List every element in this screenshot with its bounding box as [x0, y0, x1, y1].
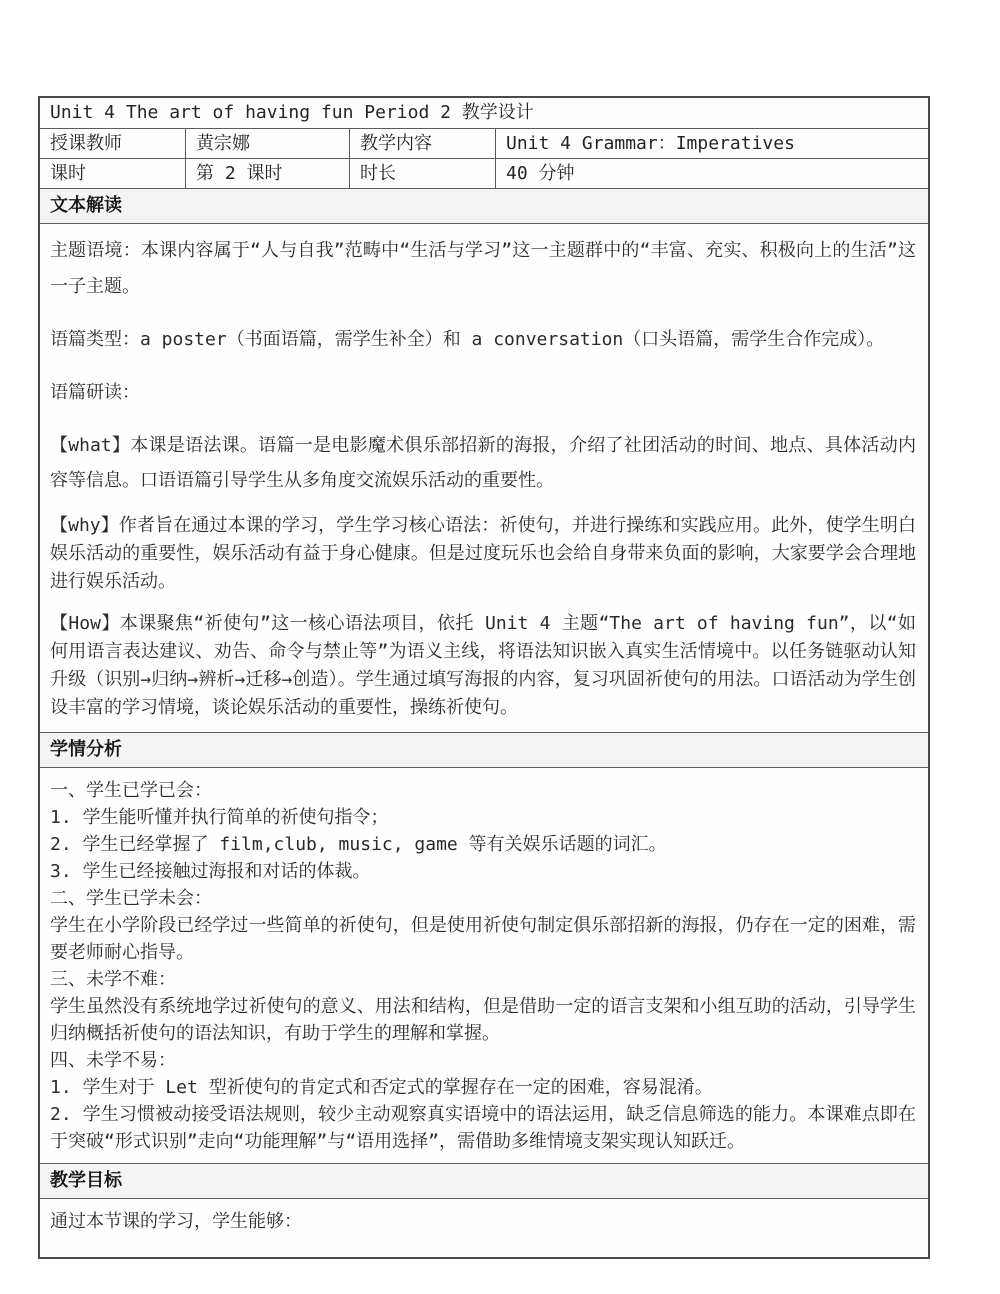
paragraph-text-type: 语篇类型：a poster（书面语篇，需学生补全）和 a conversatio…: [50, 322, 916, 358]
duration-value: 40 分钟: [495, 159, 928, 188]
paragraph-text-study: 语篇研读：: [50, 375, 916, 411]
teacher-label: 授课教师: [40, 129, 185, 158]
section-header-text-analysis: 文本解读: [40, 188, 928, 223]
goals-intro-line: 通过本节课的学习，学生能够：: [50, 1208, 916, 1235]
section-header-teaching-goals: 教学目标: [40, 1163, 928, 1198]
section-header-learner-analysis: 学情分析: [40, 732, 928, 767]
teacher-name: 黄宗娜: [185, 129, 349, 158]
analysis-line: 1. 学生对于 Let 型祈使句的肯定式和否定式的掌握存在一定的困难，容易混淆。: [50, 1074, 916, 1101]
info-row-period: 课时 第 2 课时 时长 40 分钟: [40, 158, 928, 188]
period-value: 第 2 课时: [185, 159, 349, 188]
analysis-line: 一、学生已学已会：: [50, 777, 916, 804]
paragraph-theme-context: 主题语境：本课内容属于“人与自我”范畴中“生活与学习”这一主题群中的“丰富、充实…: [50, 233, 916, 305]
content-value: Unit 4 Grammar：Imperatives: [495, 129, 928, 158]
analysis-line: 1. 学生能听懂并执行简单的祈使句指令；: [50, 804, 916, 831]
section-body-text-analysis: 主题语境：本课内容属于“人与自我”范畴中“生活与学习”这一主题群中的“丰富、充实…: [40, 223, 928, 732]
paragraph-what: 【what】本课是语法课。语篇一是电影魔术俱乐部招新的海报，介绍了社团活动的时间…: [50, 428, 916, 498]
analysis-line: 学生虽然没有系统地学过祈使句的意义、用法和结构，但是借助一定的语言支架和小组互助…: [50, 993, 916, 1047]
info-row-teacher: 授课教师 黄宗娜 教学内容 Unit 4 Grammar：Imperatives: [40, 128, 928, 158]
section-body-teaching-goals: 通过本节课的学习，学生能够：: [40, 1198, 928, 1257]
analysis-line: 2. 学生已经掌握了 film,club, music, game 等有关娱乐话…: [50, 831, 916, 858]
content-label: 教学内容: [349, 129, 495, 158]
duration-label: 时长: [349, 159, 495, 188]
analysis-line: 三、未学不难：: [50, 966, 916, 993]
paragraph-why: 【why】作者旨在通过本课的学习，学生学习核心语法：祈使句，并进行操练和实践应用…: [50, 512, 916, 596]
paragraph-how: 【How】本课聚焦“祈使句”这一核心语法项目，依托 Unit 4 主题“The …: [50, 610, 916, 722]
lesson-plan-table: Unit 4 The art of having fun Period 2 教学…: [38, 96, 930, 1259]
document-title: Unit 4 The art of having fun Period 2 教学…: [40, 98, 928, 128]
period-label: 课时: [40, 159, 185, 188]
section-body-learner-analysis: 一、学生已学已会： 1. 学生能听懂并执行简单的祈使句指令； 2. 学生已经掌握…: [40, 767, 928, 1163]
analysis-line: 四、未学不易：: [50, 1047, 916, 1074]
analysis-line: 2. 学生习惯被动接受语法规则，较少主动观察真实语境中的语法运用，缺乏信息筛选的…: [50, 1101, 916, 1155]
analysis-line: 学生在小学阶段已经学过一些简单的祈使句，但是使用祈使句制定俱乐部招新的海报，仍存…: [50, 912, 916, 966]
analysis-line: 二、学生已学未会：: [50, 885, 916, 912]
analysis-line: 3. 学生已经接触过海报和对话的体裁。: [50, 858, 916, 885]
